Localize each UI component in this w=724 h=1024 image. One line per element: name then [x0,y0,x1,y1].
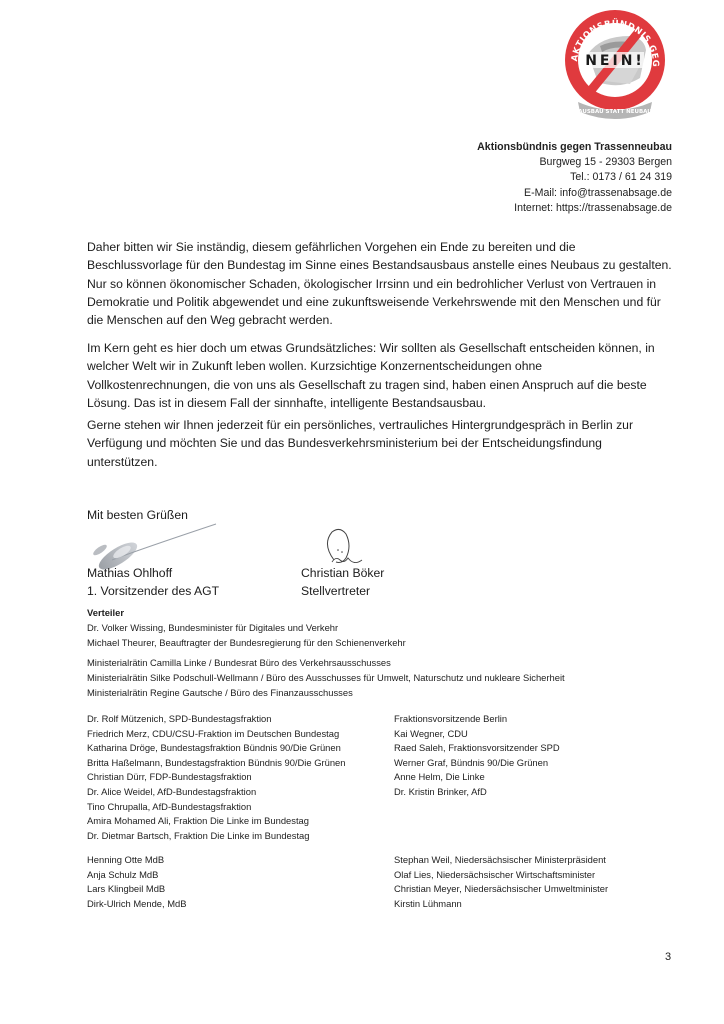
sender-address-block: Aktionsbündnis gegen Trassenneubau Burgw… [477,140,672,216]
signature-boeker-icon [318,526,368,568]
list-item: Raed Saleh, Fraktionsvorsitzender SPD [394,741,560,756]
closing-salutation: Mit besten Grüßen [87,508,188,522]
signatory-name: Mathias Ohlhoff [87,564,219,582]
organization-logo: AKTIONSBÜNDNIS GEGEN TRASSENNEUBAU NEIN!… [560,2,670,122]
distribution-berlin: Fraktionsvorsitzende Berlin Kai Wegner, … [394,712,560,800]
list-item: Stephan Weil, Niedersächsischer Minister… [394,853,608,868]
list-item: Michael Theurer, Beauftragter der Bundes… [87,636,406,651]
list-item: Tino Chrupalla, AfD-Bundestagsfraktion [87,800,345,815]
distribution-bundestag: Dr. Rolf Mützenich, SPD-Bundestagsfrakti… [87,712,345,843]
list-item: Katharina Dröge, Bundestagsfraktion Bünd… [87,741,345,756]
list-item: Amira Mohamed Ali, Fraktion Die Linke im… [87,814,345,829]
list-item: Christian Dürr, FDP-Bundestagsfraktion [87,770,345,785]
list-item: Olaf Lies, Niedersächsischer Wirtschafts… [394,868,608,883]
list-item: Dr. Alice Weidel, AfD-Bundestagsfraktion [87,785,345,800]
sender-email[interactable]: E-Mail: info@trassenabsage.de [477,186,672,201]
list-item: Henning Otte MdB [87,853,187,868]
list-item: Christian Meyer, Niedersächsischer Umwel… [394,882,608,897]
svg-text:AUSBAU STATT NEUBAU: AUSBAU STATT NEUBAU [578,109,651,115]
list-item: Friedrich Merz, CDU/CSU-Fraktion im Deut… [87,727,345,742]
signatory-2: Christian Böker Stellvertreter [301,564,384,601]
sender-website[interactable]: Internet: https://trassenabsage.de [477,201,672,216]
list-item: Dr. Dietmar Bartsch, Fraktion Die Linke … [87,829,345,844]
list-item: Kirstin Lühmann [394,897,608,912]
list-item: Britta Haßelmann, Bundestagsfraktion Bün… [87,756,345,771]
list-item: Werner Graf, Bündnis 90/Die Grünen [394,756,560,771]
distribution-ministerial: Ministerialrätin Camilla Linke / Bundesr… [87,656,565,700]
distribution-mdb: Henning Otte MdB Anja Schulz MdB Lars Kl… [87,853,187,911]
list-item: Fraktionsvorsitzende Berlin [394,712,560,727]
distribution-niedersachsen: Stephan Weil, Niedersächsischer Minister… [394,853,608,911]
nein-logo-icon: AKTIONSBÜNDNIS GEGEN TRASSENNEUBAU NEIN!… [560,2,670,122]
list-item: Anne Helm, Die Linke [394,770,560,785]
list-item: Ministerialrätin Camilla Linke / Bundesr… [87,656,565,671]
list-item: Ministerialrätin Regine Gautsche / Büro … [87,686,565,701]
list-item: Dr. Volker Wissing, Bundesminister für D… [87,621,406,636]
body-paragraph-2: Im Kern geht es hier doch um etwas Grund… [87,339,687,412]
list-item: Dr. Kristin Brinker, AfD [394,785,560,800]
list-item: Kai Wegner, CDU [394,727,560,742]
list-item: Dr. Rolf Mützenich, SPD-Bundestagsfrakti… [87,712,345,727]
list-item: Dirk-Ulrich Mende, MdB [87,897,187,912]
distribution-title: Verteiler [87,606,406,621]
body-paragraph-3: Gerne stehen wir Ihnen jederzeit für ein… [87,416,687,471]
svg-text:NEIN!: NEIN! [585,53,645,69]
body-paragraph-1: Daher bitten wir Sie inständig, diesem g… [87,238,687,329]
list-item: Lars Klingbeil MdB [87,882,187,897]
distribution-federal: Verteiler Dr. Volker Wissing, Bundesmini… [87,606,406,650]
signatory-1: Mathias Ohlhoff 1. Vorsitzender des AGT [87,564,219,601]
signatory-role: Stellvertreter [301,582,384,600]
list-item: Anja Schulz MdB [87,868,187,883]
page-number: 3 [665,951,671,963]
signatory-role: 1. Vorsitzender des AGT [87,582,219,600]
list-item: Ministerialrätin Silke Podschull-Wellman… [87,671,565,686]
signatory-name: Christian Böker [301,564,384,582]
sender-phone: Tel.: 0173 / 61 24 319 [477,170,672,185]
sender-address: Burgweg 15 - 29303 Bergen [477,155,672,170]
sender-organization: Aktionsbündnis gegen Trassenneubau [477,140,672,155]
